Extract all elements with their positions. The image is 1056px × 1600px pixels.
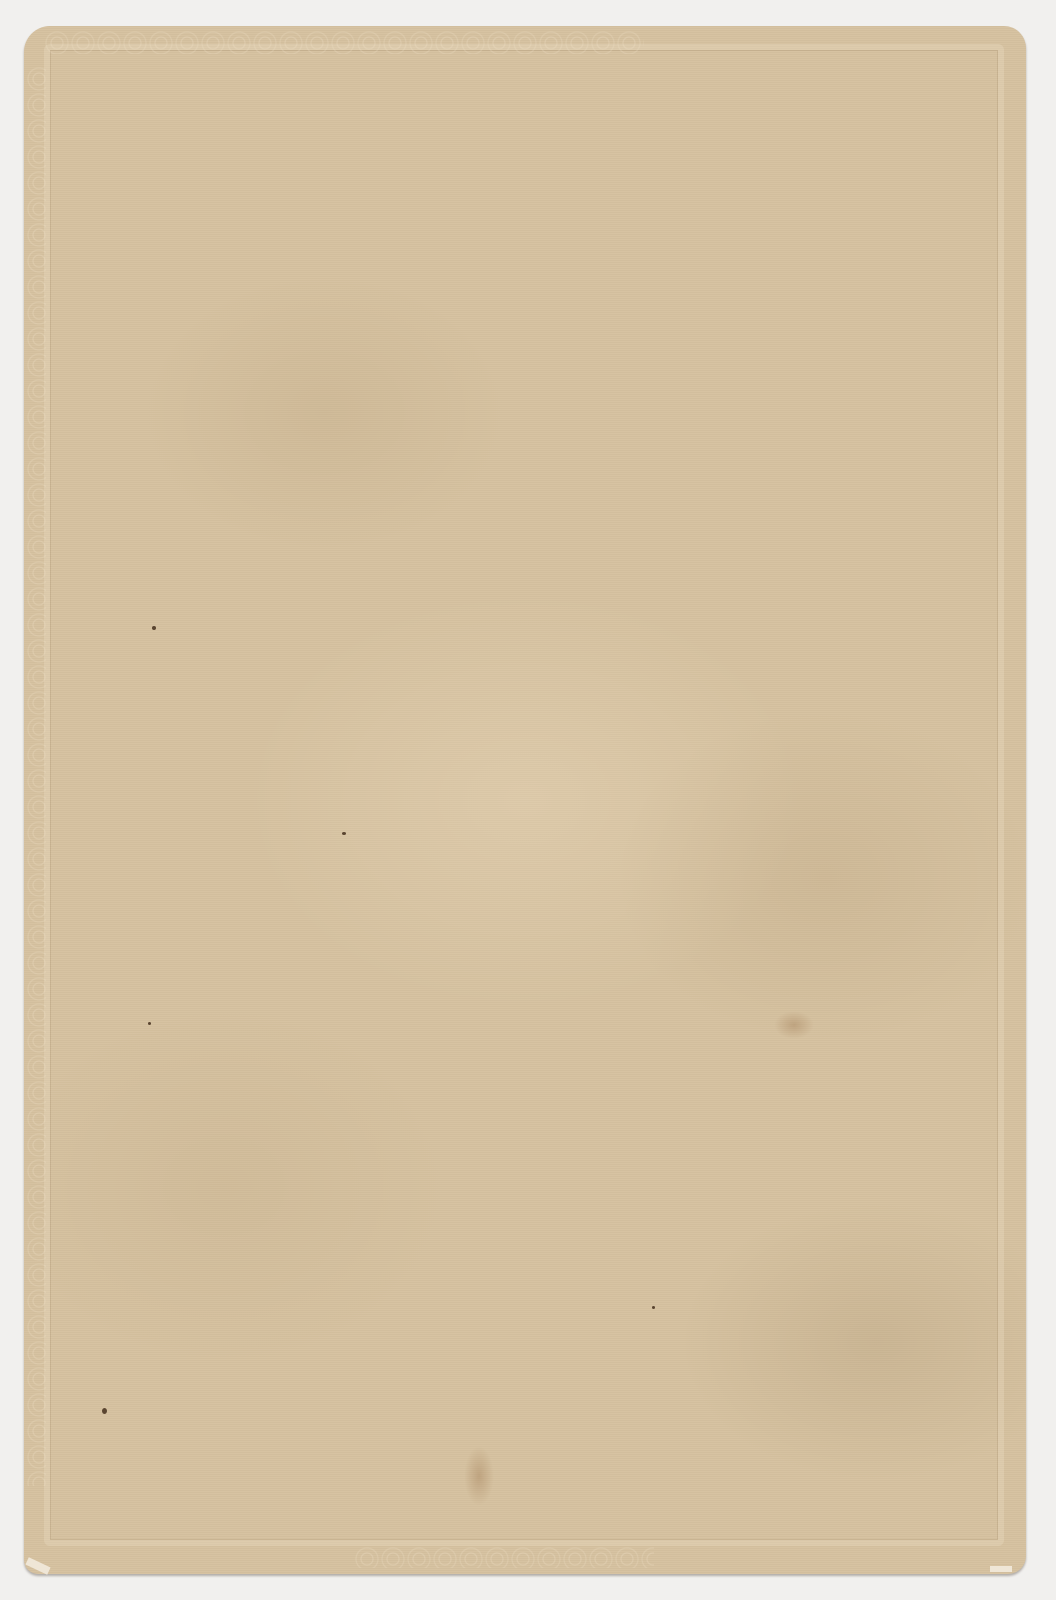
cabinet-card-back <box>24 26 1026 1574</box>
stain <box>464 1446 494 1506</box>
corner-wear <box>25 1557 50 1574</box>
foxing-spot <box>152 626 156 630</box>
foxing-spot <box>148 1022 151 1025</box>
foxing-spot <box>102 1408 107 1414</box>
stain <box>774 1011 814 1039</box>
foxing-spot <box>652 1306 655 1309</box>
embossed-border <box>44 44 1004 1546</box>
embossed-swirl-pattern-bottom <box>354 1546 654 1568</box>
embossed-swirl-pattern-left <box>26 66 46 1486</box>
corner-wear <box>990 1566 1012 1572</box>
foxing-spot <box>342 832 346 835</box>
embossed-swirl-pattern-top <box>44 30 644 54</box>
